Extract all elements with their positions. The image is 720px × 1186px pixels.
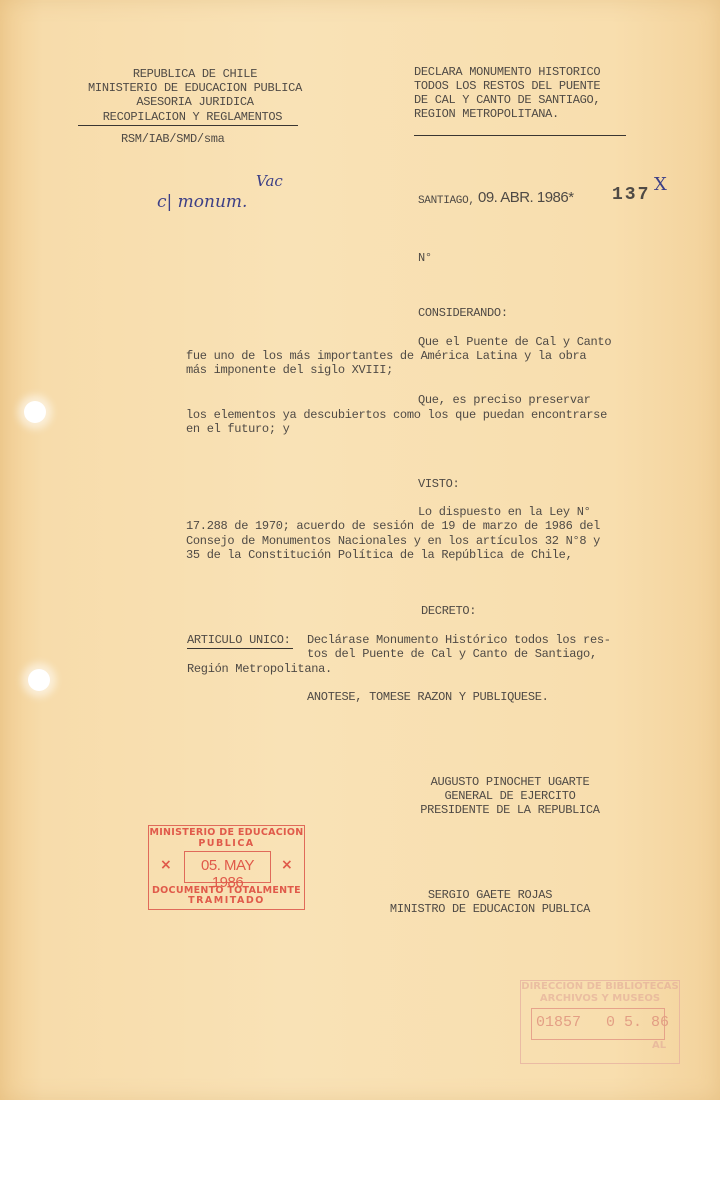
paragraph-line: en el futuro; y	[186, 422, 290, 437]
subject-rule	[414, 135, 626, 136]
handwritten-note: c| monum.	[157, 192, 247, 212]
paragraph-line: fue uno de los más importantes de Améric…	[186, 349, 586, 364]
signer-title: GENERAL DE EJERCITO	[400, 789, 620, 804]
stamp-text: DIRECCION DE BIBLIOTECAS	[520, 981, 680, 992]
letterhead-rule	[78, 125, 298, 126]
signer-name: AUGUSTO PINOCHET UGARTE	[400, 775, 620, 790]
stamp-text: ARCHIVOS Y MUSEOS	[520, 993, 680, 1004]
paragraph-line: más imponente del siglo XVIII;	[186, 363, 393, 378]
articulo-underline	[187, 648, 293, 649]
stamp-mark: ×	[281, 857, 293, 873]
paragraph-line: Que, es preciso preservar	[418, 393, 591, 408]
paragraph-line: Lo dispuesto en la Ley N°	[418, 505, 591, 520]
subject-line: DE CAL Y CANTO DE SANTIAGO,	[414, 93, 600, 108]
reference-code: RSM/IAB/SMD/sma	[121, 132, 225, 147]
stamp-mark: ×	[160, 857, 172, 873]
paragraph-line: Región Metropolitana.	[187, 662, 332, 677]
letterhead-line: RECOPILACION Y REGLAMENTOS	[55, 110, 330, 125]
paragraph-line: 35 de la Constitución Política de la Rep…	[186, 548, 572, 563]
number-mark: X	[654, 174, 667, 195]
stamp-number: 01857	[536, 1014, 581, 1031]
decree-number: 137	[612, 188, 650, 203]
letterhead-line: MINISTERIO DE EDUCACION PUBLICA	[50, 81, 340, 96]
decreto-heading: DECRETO:	[421, 604, 476, 619]
closing-formula: ANOTESE, TOMESE RAZON Y PUBLIQUESE.	[307, 690, 549, 705]
subject-line: TODOS LOS RESTOS DEL PUENTE	[414, 79, 600, 94]
paragraph-line: tos del Puente de Cal y Canto de Santiag…	[307, 647, 597, 662]
stamp-text: PUBLICA	[148, 838, 305, 849]
signer-title: MINISTRO DE EDUCACION PUBLICA	[375, 902, 605, 917]
punch-hole	[24, 401, 46, 423]
paragraph-line: Declárase Monumento Histórico todos los …	[307, 633, 611, 648]
signer-name: SERGIO GAETE ROJAS	[375, 888, 605, 903]
document-page: REPUBLICA DE CHILE MINISTERIO DE EDUCACI…	[0, 0, 720, 1100]
punch-hole	[28, 669, 50, 691]
letterhead-line: ASESORIA JURIDICA	[60, 95, 330, 110]
considerando-heading: CONSIDERANDO:	[418, 306, 508, 321]
subject-line: REGION METROPOLITANA.	[414, 107, 559, 122]
paragraph-line: 17.288 de 1970; acuerdo de sesión de 19 …	[186, 519, 600, 534]
stamp-text: MINISTERIO DE EDUCACION	[148, 827, 305, 838]
visto-heading: VISTO:	[418, 477, 459, 492]
stamp-text: AL	[652, 1040, 666, 1051]
paragraph-line: los elementos ya descubiertos como los q…	[186, 408, 607, 423]
stamp-text: TRAMITADO	[148, 895, 305, 906]
subject-line: DECLARA MONUMENTO HISTORICO	[414, 65, 600, 80]
letterhead-line: REPUBLICA DE CHILE	[60, 67, 330, 82]
handwritten-note-vac: Vac	[256, 172, 283, 190]
paragraph-line: Que el Puente de Cal y Canto	[418, 335, 611, 350]
dateline-place: SANTIAGO,	[418, 194, 475, 209]
dateline-date: 09. ABR. 1986*	[478, 191, 574, 206]
articulo-label: ARTICULO UNICO:	[187, 633, 291, 648]
number-label: N°	[418, 251, 432, 266]
paragraph-line: Consejo de Monumentos Nacionales y en lo…	[186, 534, 600, 549]
signer-title: PRESIDENTE DE LA REPUBLICA	[400, 803, 620, 818]
stamp-date: 0 5. 86	[606, 1014, 669, 1031]
